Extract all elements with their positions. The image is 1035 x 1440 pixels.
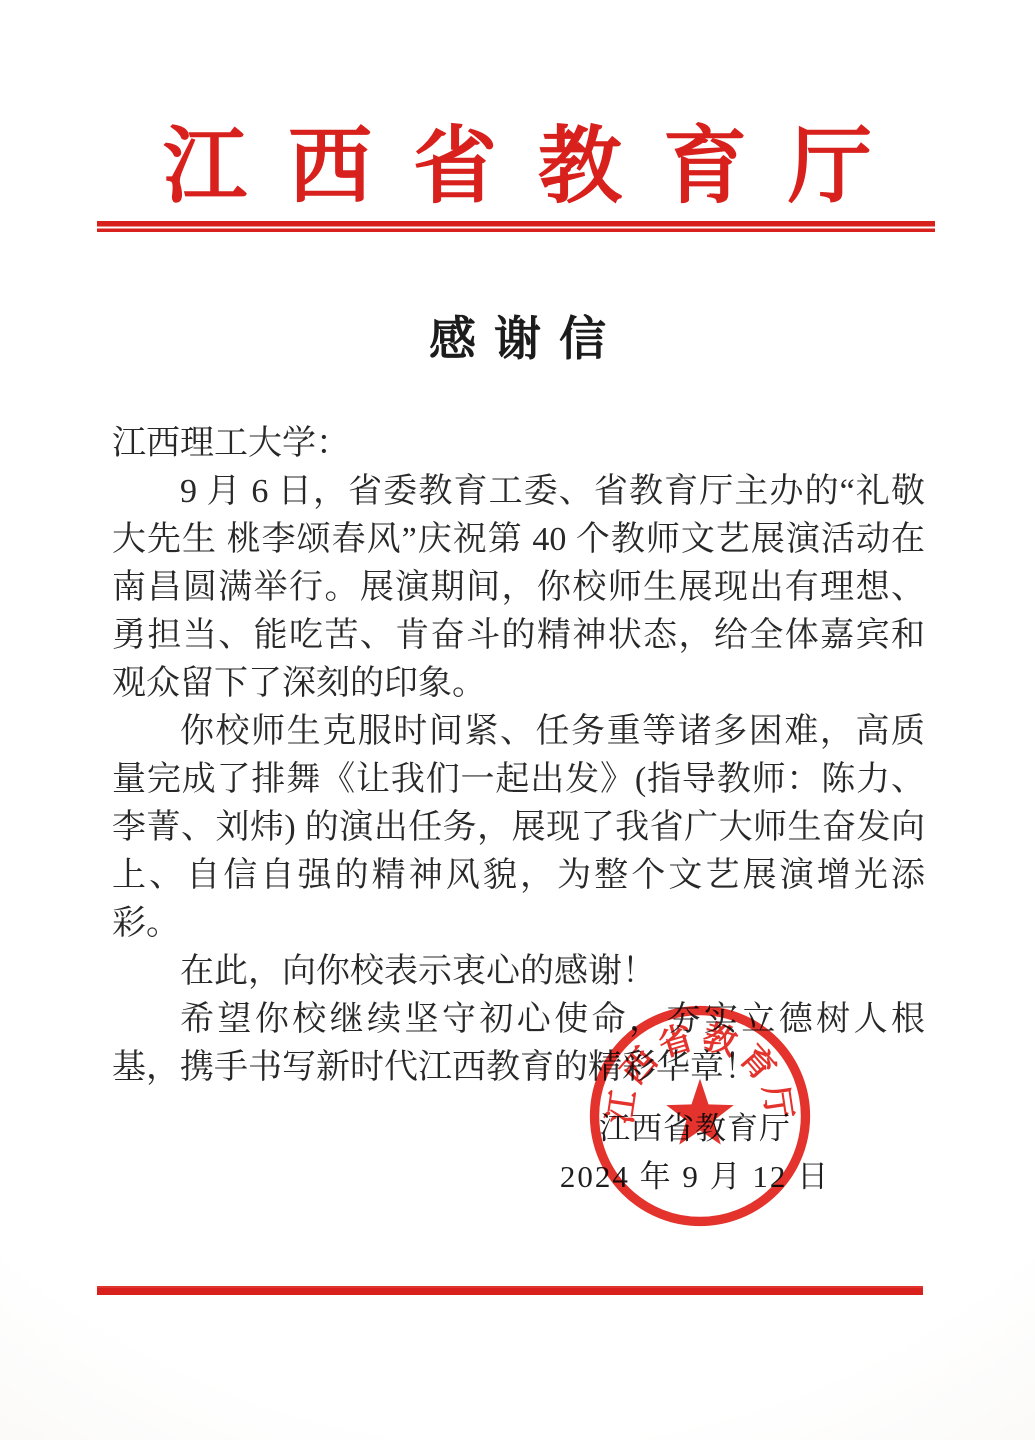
body-paragraph: 你校师生克服时间紧、任务重等诸多困难，高质量完成了排舞《让我们一起出发》(指导教…	[112, 708, 925, 948]
body-paragraph: 9 月 6 日，省委教育工委、省教育厅主办的“礼敬大先生 桃李颂春风”庆祝第 4…	[112, 468, 925, 708]
document-title: 感谢信	[0, 314, 1035, 366]
letter-body: 江西理工大学： 9 月 6 日，省委教育工委、省教育厅主办的“礼敬大先生 桃李颂…	[112, 420, 925, 1092]
letterhead-org-title: 江西省教育厅	[0, 118, 1035, 218]
body-paragraph: 在此，向你校表示衷心的感谢！	[112, 948, 925, 996]
seal-star	[666, 1079, 733, 1145]
letter-page: 江西省教育厅 感谢信 江西理工大学： 9 月 6 日，省委教育工委、省教育厅主办…	[0, 0, 1035, 1440]
letterhead-red-rule	[97, 221, 935, 232]
footer-red-rule	[97, 1286, 923, 1295]
official-seal: 江西省教育厅	[588, 1004, 812, 1228]
salutation: 江西理工大学：	[112, 420, 925, 468]
